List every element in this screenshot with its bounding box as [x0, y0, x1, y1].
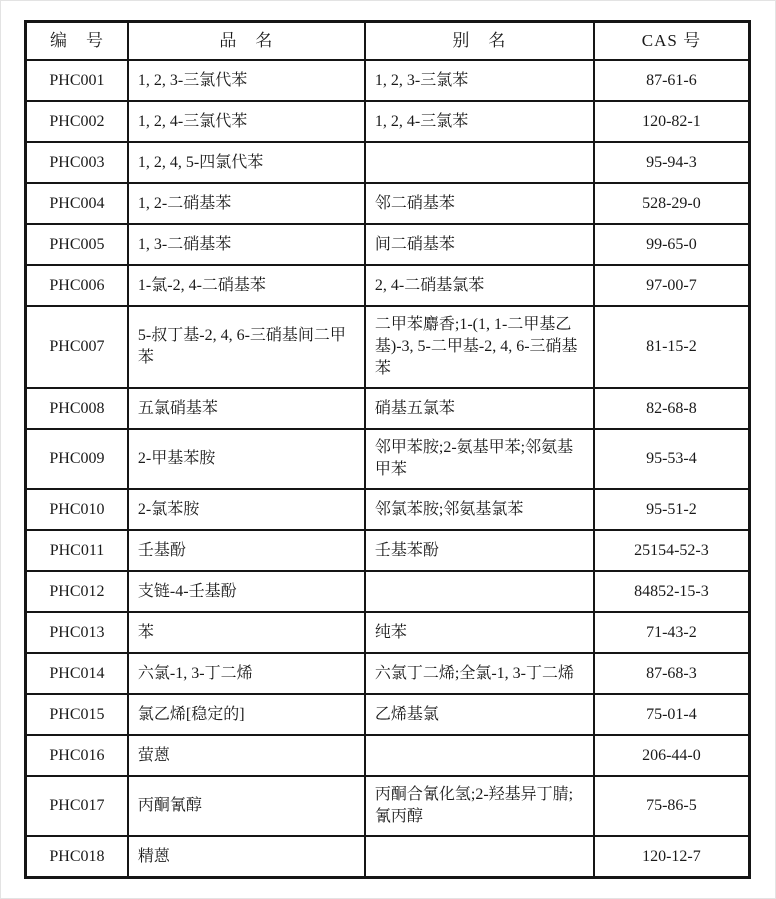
alias-cell: 二甲苯麝香;1-(1, 1-二甲基乙基)-3, 5-二甲基-2, 4, 6-三硝…: [365, 306, 594, 388]
table-row: PHC0075-叔丁基-2, 4, 6-三硝基间二甲苯二甲苯麝香;1-(1, 1…: [26, 306, 750, 388]
product-name-cell: 精蒽: [128, 836, 365, 878]
product-name-cell: 5-叔丁基-2, 4, 6-三硝基间二甲苯: [128, 306, 365, 388]
col-header-product-name: 品 名: [128, 22, 365, 61]
row-number-cell: PHC015: [26, 694, 128, 735]
table-row: PHC011壬基酚壬基苯酚25154-52-3: [26, 530, 750, 571]
cas-number-cell: 120-12-7: [594, 836, 750, 878]
row-number-cell: PHC012: [26, 571, 128, 612]
cas-number-cell: 97-00-7: [594, 265, 750, 306]
alias-cell: 硝基五氯苯: [365, 388, 594, 429]
row-number-cell: PHC017: [26, 776, 128, 836]
product-name-cell: 1, 2, 4, 5-四氯代苯: [128, 142, 365, 183]
cas-number-cell: 87-61-6: [594, 60, 750, 101]
cas-number-cell: 87-68-3: [594, 653, 750, 694]
table-row: PHC015氯乙烯[稳定的]乙烯基氯75-01-4: [26, 694, 750, 735]
product-name-cell: 萤蒽: [128, 735, 365, 776]
alias-cell: 邻甲苯胺;2-氨基甲苯;邻氨基甲苯: [365, 429, 594, 489]
alias-cell: 纯苯: [365, 612, 594, 653]
col-header-alias: 别 名: [365, 22, 594, 61]
alias-cell: 壬基苯酚: [365, 530, 594, 571]
alias-cell: 邻氯苯胺;邻氨基氯苯: [365, 489, 594, 530]
product-name-cell: 2-氯苯胺: [128, 489, 365, 530]
table-row: PHC013苯纯苯71-43-2: [26, 612, 750, 653]
table-row: PHC018精蒽120-12-7: [26, 836, 750, 878]
alias-cell: [365, 142, 594, 183]
row-number-cell: PHC005: [26, 224, 128, 265]
cas-number-cell: 95-51-2: [594, 489, 750, 530]
product-name-cell: 丙酮氰醇: [128, 776, 365, 836]
cas-number-cell: 95-53-4: [594, 429, 750, 489]
product-name-cell: 1-氯-2, 4-二硝基苯: [128, 265, 365, 306]
table-row: PHC0031, 2, 4, 5-四氯代苯95-94-3: [26, 142, 750, 183]
row-number-cell: PHC008: [26, 388, 128, 429]
alias-cell: 六氯丁二烯;全氯-1, 3-丁二烯: [365, 653, 594, 694]
table-row: PHC0041, 2-二硝基苯邻二硝基苯528-29-0: [26, 183, 750, 224]
cas-number-cell: 75-86-5: [594, 776, 750, 836]
row-number-cell: PHC013: [26, 612, 128, 653]
row-number-cell: PHC011: [26, 530, 128, 571]
table-row: PHC017丙酮氰醇丙酮合氰化氢;2-羟基异丁腈;氰丙醇75-86-5: [26, 776, 750, 836]
table-row: PHC008五氯硝基苯硝基五氯苯82-68-8: [26, 388, 750, 429]
alias-cell: 间二硝基苯: [365, 224, 594, 265]
document-page: 编 号 品 名 别 名 CAS 号 PHC0011, 2, 3-三氯代苯1, 2…: [0, 0, 776, 899]
row-number-cell: PHC009: [26, 429, 128, 489]
alias-cell: [365, 735, 594, 776]
row-number-cell: PHC018: [26, 836, 128, 878]
cas-number-cell: 71-43-2: [594, 612, 750, 653]
product-name-cell: 1, 2-二硝基苯: [128, 183, 365, 224]
cas-number-cell: 82-68-8: [594, 388, 750, 429]
alias-cell: [365, 571, 594, 612]
cas-number-cell: 75-01-4: [594, 694, 750, 735]
cas-number-cell: 206-44-0: [594, 735, 750, 776]
row-number-cell: PHC003: [26, 142, 128, 183]
table-row: PHC014六氯-1, 3-丁二烯六氯丁二烯;全氯-1, 3-丁二烯87-68-…: [26, 653, 750, 694]
row-number-cell: PHC016: [26, 735, 128, 776]
row-number-cell: PHC007: [26, 306, 128, 388]
alias-cell: 乙烯基氯: [365, 694, 594, 735]
cas-number-cell: 528-29-0: [594, 183, 750, 224]
header-row: 编 号 品 名 别 名 CAS 号: [26, 22, 750, 61]
alias-cell: 2, 4-二硝基氯苯: [365, 265, 594, 306]
product-name-cell: 1, 3-二硝基苯: [128, 224, 365, 265]
product-name-cell: 1, 2, 4-三氯代苯: [128, 101, 365, 142]
table-row: PHC0021, 2, 4-三氯代苯1, 2, 4-三氯苯120-82-1: [26, 101, 750, 142]
cas-number-cell: 120-82-1: [594, 101, 750, 142]
cas-number-cell: 84852-15-3: [594, 571, 750, 612]
cas-number-cell: 95-94-3: [594, 142, 750, 183]
table-row: PHC012支链-4-壬基酚84852-15-3: [26, 571, 750, 612]
row-number-cell: PHC014: [26, 653, 128, 694]
table-row: PHC0092-甲基苯胺邻甲苯胺;2-氨基甲苯;邻氨基甲苯95-53-4: [26, 429, 750, 489]
table-row: PHC016萤蒽206-44-0: [26, 735, 750, 776]
cas-number-cell: 25154-52-3: [594, 530, 750, 571]
product-name-cell: 五氯硝基苯: [128, 388, 365, 429]
alias-cell: 1, 2, 3-三氯苯: [365, 60, 594, 101]
cas-number-cell: 99-65-0: [594, 224, 750, 265]
table-row: PHC0061-氯-2, 4-二硝基苯2, 4-二硝基氯苯97-00-7: [26, 265, 750, 306]
product-name-cell: 2-甲基苯胺: [128, 429, 365, 489]
row-number-cell: PHC004: [26, 183, 128, 224]
table-row: PHC0011, 2, 3-三氯代苯1, 2, 3-三氯苯87-61-6: [26, 60, 750, 101]
row-number-cell: PHC006: [26, 265, 128, 306]
product-name-cell: 1, 2, 3-三氯代苯: [128, 60, 365, 101]
alias-cell: 邻二硝基苯: [365, 183, 594, 224]
row-number-cell: PHC010: [26, 489, 128, 530]
product-name-cell: 苯: [128, 612, 365, 653]
product-name-cell: 氯乙烯[稳定的]: [128, 694, 365, 735]
product-name-cell: 壬基酚: [128, 530, 365, 571]
chemical-list-table: 编 号 品 名 别 名 CAS 号 PHC0011, 2, 3-三氯代苯1, 2…: [24, 20, 751, 879]
row-number-cell: PHC001: [26, 60, 128, 101]
col-header-cas: CAS 号: [594, 22, 750, 61]
table-row: PHC0102-氯苯胺邻氯苯胺;邻氨基氯苯95-51-2: [26, 489, 750, 530]
table-row: PHC0051, 3-二硝基苯间二硝基苯99-65-0: [26, 224, 750, 265]
cas-number-cell: 81-15-2: [594, 306, 750, 388]
alias-cell: 1, 2, 4-三氯苯: [365, 101, 594, 142]
row-number-cell: PHC002: [26, 101, 128, 142]
alias-cell: [365, 836, 594, 878]
alias-cell: 丙酮合氰化氢;2-羟基异丁腈;氰丙醇: [365, 776, 594, 836]
product-name-cell: 支链-4-壬基酚: [128, 571, 365, 612]
product-name-cell: 六氯-1, 3-丁二烯: [128, 653, 365, 694]
col-header-number: 编 号: [26, 22, 128, 61]
